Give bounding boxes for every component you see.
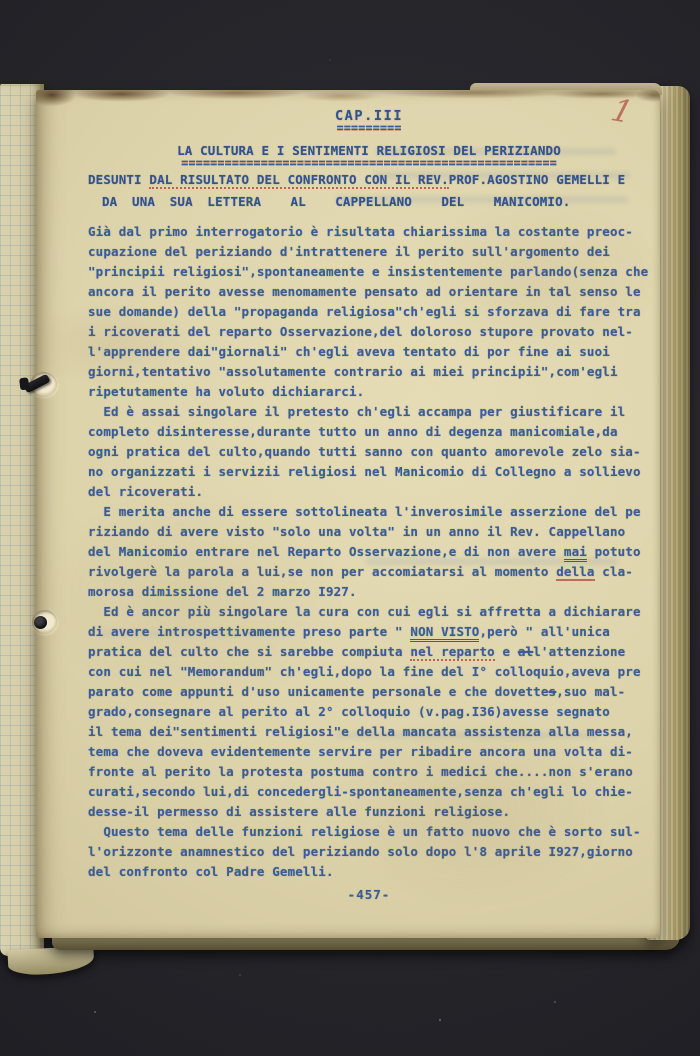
typed-text: E merita anche di essere sottolineata l'…: [88, 504, 641, 519]
photo-background: CAP.III ========= LA CULTURA E I SENTIME…: [0, 0, 700, 1056]
typed-text: riziando di avere visto "solo una volta"…: [88, 524, 625, 539]
binder-hole-bottom: [32, 610, 57, 634]
typed-text: PROF.AGOSTINO GEMELLI E: [449, 172, 626, 187]
typed-text: rivolgerè la parola a lui,se non per acc…: [88, 564, 556, 579]
body-line: desse-il permesso di assistere alle funz…: [88, 802, 650, 822]
body-line: Ed è ancor più singolare la cura con cui…: [88, 602, 650, 622]
body-line: morosa dimissione del 2 marzo I927.: [88, 582, 650, 602]
typed-text: ogni pratica del culto,quando tutti sann…: [88, 444, 641, 459]
body-line: sue domande) della "propaganda religiosa…: [88, 302, 650, 322]
typed-text: no organizzati i servizii religiosi nel …: [88, 464, 641, 479]
body-line: il tema dei"sentimenti religiosi"e della…: [88, 722, 650, 742]
body-line: rivolgerè la parola a lui,se non per acc…: [88, 562, 650, 582]
body-line: ogni pratica del culto,quando tutti sann…: [88, 442, 650, 462]
body-line: grado,consegnare al perito al 2° colloqu…: [88, 702, 650, 722]
typed-text: giorni,tentativo "assolutamente contrari…: [88, 364, 618, 379]
typed-content: CAP.III ========= LA CULTURA E I SENTIME…: [88, 108, 650, 930]
typed-text: con cui nel "Memorandum" ch'egli,dopo la…: [88, 664, 641, 679]
typed-text: fronte al perito la protesta postuma con…: [88, 764, 633, 779]
typed-text: del ricoverati.: [88, 484, 203, 499]
body-line: ripetutamente ha voluto dichiararci.: [88, 382, 650, 402]
typed-text: desse-il permesso di assistere alle funz…: [88, 804, 510, 819]
typed-text: l'attenzione: [533, 644, 625, 659]
binder-hole-top: [30, 372, 57, 397]
subtitle-line-1: DESUNTI DAL RISULTATO DEL CONFRONTO CON …: [88, 172, 650, 187]
typed-text: Ed è assai singolare il pretesto ch'egli…: [88, 404, 625, 419]
typed-text: pratica del culto che si sarebbe compiut…: [88, 644, 410, 659]
typed-text: parato come appunti d'uso unicamente per…: [88, 684, 549, 699]
marked-text: nel reparto: [410, 644, 494, 661]
body-line: l'apprendere dai"giornali" ch'egli aveva…: [88, 342, 650, 362]
typed-text: ancora il perito avesse menomamente pens…: [88, 284, 641, 299]
typed-text: cupazione del periziando d'intrattenere …: [88, 244, 610, 259]
marked-text: al: [518, 644, 533, 659]
typed-text: morosa dimissione del 2 marzo I927.: [88, 584, 357, 599]
body-line: tema che doveva evidentemente servire pe…: [88, 742, 650, 762]
typed-text: completo disinteresse,durante tutto un a…: [88, 424, 618, 439]
marked-text: della: [556, 564, 594, 581]
typed-text: i ricoverati del reparto Osservazione,de…: [88, 324, 633, 339]
typed-text: tema che doveva evidentemente servire pe…: [88, 744, 633, 759]
typed-text: ,suo mal-: [556, 684, 625, 699]
body-line: l'orizzonte anamnestico del periziando s…: [88, 842, 650, 862]
body-line: ancora il perito avesse menomamente pens…: [88, 282, 650, 302]
typed-text: ripetutamente ha voluto dichiararci.: [88, 384, 364, 399]
typed-text: del Manicomio entrare nel Reparto Osserv…: [88, 544, 564, 559]
typed-text: Già dal primo interrogatorio è risultata…: [88, 224, 633, 239]
typed-text: curati,secondo lui,di concedergli-sponta…: [88, 784, 633, 799]
body-line: E merita anche di essere sottolineata l'…: [88, 502, 650, 522]
typed-text: potuto: [587, 544, 641, 559]
typed-text: grado,consegnare al perito al 2° colloqu…: [88, 704, 610, 719]
body-line: "principii religiosi",spontaneamente e i…: [88, 262, 650, 282]
body-line: del ricoverati.: [88, 482, 650, 502]
typed-text: l'apprendere dai"giornali" ch'egli aveva…: [88, 344, 610, 359]
body-line: fronte al perito la protesta postuma con…: [88, 762, 650, 782]
typed-text: sue domande) della "propaganda religiosa…: [88, 304, 641, 319]
typed-text: "principii religiosi",spontaneamente e i…: [88, 264, 648, 279]
typed-text: ,però " all'unica: [479, 624, 610, 639]
typed-text: cla-: [595, 564, 633, 579]
body-text: Già dal primo interrogatorio è risultata…: [88, 222, 650, 882]
typed-text: Questo tema delle funzioni religiose è u…: [88, 824, 641, 839]
body-line: del Manicomio entrare nel Reparto Osserv…: [88, 542, 650, 562]
body-line: del confronto col Padre Gemelli.: [88, 862, 650, 882]
underpage-bottom-curl: [7, 946, 94, 976]
body-line: i ricoverati del reparto Osservazione,de…: [88, 322, 650, 342]
typed-text: del confronto col Padre Gemelli.: [88, 864, 334, 879]
section-title-underline: ========================================…: [88, 160, 650, 167]
marked-text: mai: [564, 544, 587, 562]
typed-text: DESUNTI: [88, 172, 149, 187]
typed-text: il tema dei"sentimenti religiosi"e della…: [88, 724, 633, 739]
body-line: curati,secondo lui,di concedergli-sponta…: [88, 782, 650, 802]
body-line: Già dal primo interrogatorio è risultata…: [88, 222, 650, 242]
typed-text: l'orizzonte anamnestico del periziando s…: [88, 844, 633, 859]
body-line: riziando di avere visto "solo una volta"…: [88, 522, 650, 542]
subtitle-line-2: DA UNA SUA LETTERA AL CAPPELLANO DEL MAN…: [88, 194, 650, 209]
body-line: giorni,tentativo "assolutamente contrari…: [88, 362, 650, 382]
page-number: -457-: [88, 887, 650, 902]
body-line: di avere introspettivamente preso parte …: [88, 622, 650, 642]
body-line: parato come appunti d'uso unicamente per…: [88, 682, 650, 702]
body-line: completo disinteresse,durante tutto un a…: [88, 422, 650, 442]
document-page: CAP.III ========= LA CULTURA E I SENTIME…: [36, 90, 660, 938]
typed-text: Ed è ancor più singolare la cura con cui…: [88, 604, 641, 619]
body-line: Ed è assai singolare il pretesto ch'egli…: [88, 402, 650, 422]
body-line: pratica del culto che si sarebbe compiut…: [88, 642, 650, 662]
binder-hole-shadow: [34, 616, 47, 629]
marked-text: DAL RISULTATO DEL CONFRONTO CON IL REV.: [149, 172, 448, 189]
marked-text: NON VISTO: [410, 624, 479, 642]
typed-text: e: [495, 644, 518, 659]
body-line: con cui nel "Memorandum" ch'egli,dopo la…: [88, 662, 650, 682]
typed-text: di avere introspettivamente preso parte …: [88, 624, 410, 639]
body-line: no organizzati i servizii religiosi nel …: [88, 462, 650, 482]
body-line: Questo tema delle funzioni religiose è u…: [88, 822, 650, 842]
chapter-underline: =========: [88, 125, 650, 132]
body-line: cupazione del periziando d'intrattenere …: [88, 242, 650, 262]
